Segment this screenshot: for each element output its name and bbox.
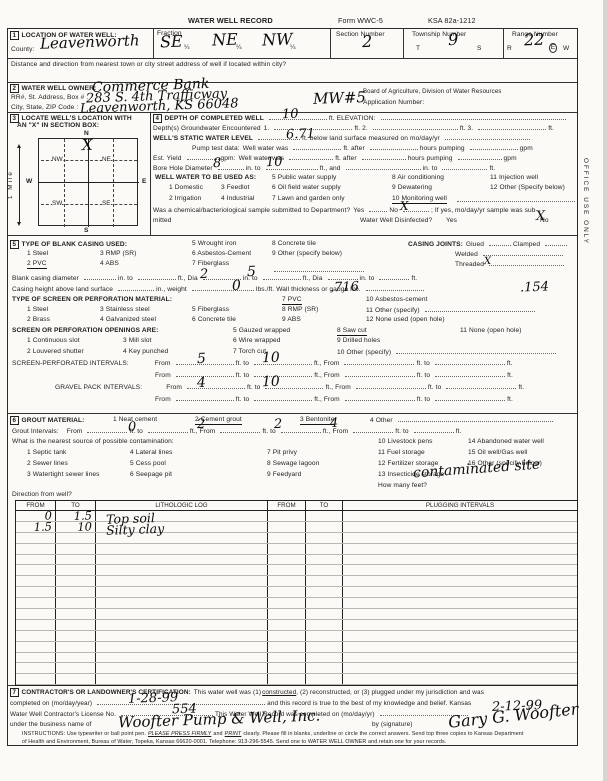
- casing-option-7: 7 Fiberglass: [192, 260, 229, 268]
- ft-to: ft. to: [236, 360, 249, 367]
- table-cell: [306, 533, 343, 543]
- casing-option-6: 6 Asbestos-Cement: [192, 250, 251, 258]
- ft-to: ft. to: [395, 428, 408, 435]
- casing-option-1: 1 Steel: [27, 250, 48, 258]
- map-south-label: S: [84, 227, 89, 235]
- table-row: [16, 533, 577, 544]
- dotted-blank: [118, 285, 154, 291]
- instructions-line-1: INSTRUCTIONS: Use typewriter or ball poi…: [22, 731, 527, 737]
- ft: ft.: [411, 275, 417, 282]
- static-level-line: WELL'S STATIC WATER LEVELft. below land …: [153, 134, 532, 143]
- table-cell: [268, 576, 306, 586]
- table-cell: [268, 653, 306, 663]
- fraction-3-value: NW: [262, 29, 293, 49]
- casing-height-line: Casing height above land surfacein., wei…: [12, 285, 426, 294]
- table-cell: [56, 565, 96, 575]
- ft-from: ft., From: [314, 396, 339, 403]
- map-ne-label: NE: [102, 156, 111, 163]
- threaded-line: Threaded: [455, 260, 566, 269]
- openings-label: SCREEN OR PERFORATION OPENINGS ARE:: [12, 327, 158, 335]
- screen-option-6: 6 Concrete tile: [192, 316, 236, 324]
- table-cell: [96, 533, 268, 543]
- table-cell: [268, 587, 306, 597]
- table-cell: [16, 631, 56, 641]
- table-cell: [343, 609, 577, 619]
- cert-2b: and this record is true to the best of m…: [267, 700, 471, 707]
- use-option-5: 5 Public water supply: [272, 174, 336, 182]
- table-cell: [343, 522, 577, 532]
- table-cell: [96, 663, 268, 673]
- dotted-blank: [353, 427, 393, 433]
- sample-question-line: Was a chemical/bacteriological sample su…: [153, 206, 541, 215]
- screen-option-5: 5 Fiberglass: [192, 306, 229, 314]
- glued-label: Glued: [466, 241, 484, 248]
- use-option-7: 7 Lawn and garden only: [272, 195, 345, 203]
- opening-option-1: 1 Continuous slot: [27, 337, 80, 345]
- grout-intervals-line: Grout Intervals:Fromft. toft., Fromft. t…: [12, 427, 465, 436]
- table-cell: [306, 609, 343, 619]
- map-dashed-line: [64, 139, 65, 227]
- clamped-label: Clamped: [513, 241, 540, 248]
- dotted-blank: [345, 395, 415, 401]
- contam-option-8: 8 Sewage lagoon: [267, 460, 319, 468]
- dotted-blank: [381, 114, 566, 120]
- mile-arrow: [19, 148, 20, 222]
- grout-interval1-from-value: 0: [128, 420, 137, 435]
- bore-hole-label: Bore Hole Diameter: [153, 165, 213, 172]
- table-cell: [306, 511, 343, 521]
- contam-option-2: 2 Sewer lines: [27, 460, 68, 468]
- gravel-pack-from-value: 4: [197, 375, 206, 391]
- dotted-blank: [87, 427, 127, 433]
- table-cell: [56, 620, 96, 630]
- table-row: 1.510Silty clay: [16, 522, 577, 533]
- table-row: [16, 576, 577, 587]
- screen-intervals-label: SCREEN-PERFORATED INTERVALS:: [12, 360, 129, 367]
- table-row: [16, 555, 577, 566]
- well-id-annotation: MW#5: [313, 88, 366, 108]
- ft-to: ft. to: [417, 396, 430, 403]
- table-cell: [96, 576, 268, 586]
- dotted-blank: [293, 144, 341, 150]
- grout-title-row: 6GROUT MATERIAL:: [10, 416, 87, 425]
- est-yield-label: Est. Yield: [153, 155, 182, 162]
- table-header-to2: TO: [306, 501, 343, 510]
- table-cell: [56, 631, 96, 641]
- bore-to-value: 10: [266, 155, 283, 171]
- screen-option-11-line: 11 Other (specify): [366, 306, 537, 315]
- table-cell: [306, 642, 343, 652]
- divider: [330, 28, 331, 58]
- table-header-from2: FROM: [268, 501, 306, 510]
- table-cell: [306, 653, 343, 663]
- table-cell: [268, 565, 306, 575]
- hours-pumping: hours pumping: [420, 145, 465, 152]
- dotted-blank: [489, 240, 511, 246]
- gw-3: ft. 3.: [460, 125, 473, 132]
- grout-interval2-from-value: 2: [274, 417, 283, 432]
- dotted-blank: [458, 154, 502, 160]
- table-cell: [16, 642, 56, 652]
- township-s: S: [477, 45, 482, 53]
- ft-after: ft. after: [335, 155, 356, 162]
- table-cell: [343, 653, 577, 663]
- dotted-blank: [148, 427, 188, 433]
- ft-to: ft. to: [236, 372, 249, 379]
- table-cell: [56, 653, 96, 663]
- gpm: gpm: [504, 155, 517, 162]
- in-to: in. to: [423, 165, 438, 172]
- from: From: [155, 360, 171, 367]
- ft-to: ft. to: [416, 360, 429, 367]
- table-cell: [343, 663, 577, 673]
- dotted-blank: [414, 427, 454, 433]
- table-cell: [268, 663, 306, 673]
- divider: [7, 413, 578, 414]
- disinfected-question: Water Well Disinfected?: [360, 217, 432, 225]
- blank-casing-label: Blank casing diameter: [12, 275, 79, 282]
- dotted-blank: [435, 371, 505, 377]
- table-cell: [306, 674, 343, 684]
- table-cell: [268, 642, 306, 652]
- map-nw-label: NW: [52, 156, 63, 163]
- table-row: [16, 565, 577, 576]
- screen-option-8: 8 RMP (SR): [282, 306, 318, 314]
- contam-option-9: 9 Feedyard: [267, 471, 301, 479]
- constructed-underlined: constructed: [262, 689, 296, 696]
- opening-option-8-selected: 8 Saw cut: [337, 327, 367, 336]
- table-header-row: FROM TO LITHOLOGIC LOG FROM TO PLUGGING …: [16, 501, 577, 511]
- table-cell: [96, 653, 268, 663]
- gw-4: ft.: [548, 125, 554, 132]
- table-cell: 1.5: [16, 522, 56, 532]
- table-cell: [16, 544, 56, 554]
- from: From: [155, 372, 171, 379]
- instr-1a: INSTRUCTIONS: Use typewriter or ball poi…: [22, 731, 146, 737]
- dotted-blank: [274, 266, 364, 272]
- fraction-1-value: SE: [160, 32, 183, 52]
- table-cell: [268, 609, 306, 619]
- table-cell: [343, 533, 577, 543]
- opening-option-10-line: 10 Other (specify): [337, 348, 558, 357]
- dotted-blank: [254, 395, 312, 401]
- section2-number: 2: [10, 84, 19, 93]
- section1-number: 1: [10, 31, 19, 40]
- blank-casing-to-value: 5: [247, 264, 256, 280]
- table-cell: [16, 663, 56, 673]
- table-cell: [16, 674, 56, 684]
- dotted-blank: [445, 134, 530, 140]
- groundwater-label: Depth(s) Groundwater Encountered: [153, 125, 261, 132]
- table-cell: [306, 544, 343, 554]
- blank-casing-line: Blank casing diameterin. toft., Diain. t…: [12, 274, 420, 283]
- ft-to: ft. to: [417, 372, 430, 379]
- use-option-3: 3 Feedlot: [221, 184, 249, 192]
- use-option-8: 8 Air conditioning: [392, 174, 444, 182]
- ft-to: ft. to: [236, 396, 249, 403]
- casing-title: TYPE OF BLANK CASING USED:: [22, 241, 128, 248]
- use-option-11: 11 Injection well: [490, 174, 538, 182]
- table-row: [16, 674, 577, 685]
- screen-option-4: 4 Galvanized steel: [100, 316, 156, 324]
- table-cell: [96, 587, 268, 597]
- how-many-feet-question: How many feet?: [378, 482, 427, 490]
- range-w: W: [563, 45, 569, 53]
- table-row: [16, 598, 577, 609]
- dotted-blank: [470, 144, 518, 150]
- contam-option-11: 11 Fuel storage: [378, 449, 425, 457]
- range-r: R: [507, 45, 512, 53]
- table-cell: [16, 598, 56, 608]
- dotted-blank: [218, 164, 244, 170]
- table-cell: [16, 620, 56, 630]
- dotted-blank: [457, 196, 575, 202]
- divider: [150, 112, 151, 235]
- table-cell: [306, 663, 343, 673]
- table-cell: [96, 642, 268, 652]
- use-label: WELL WATER TO BE USED AS:: [155, 174, 256, 182]
- casing-height-value: 0: [232, 278, 241, 294]
- table-cell: [343, 620, 577, 630]
- date-completed-value: 1-28-99: [128, 690, 179, 707]
- table-body: 01.5Top soil1.510Silty clay: [16, 511, 577, 685]
- dotted-blank: [398, 416, 553, 422]
- static-level-rest: ft. below land surface measured on mo/da…: [302, 135, 440, 142]
- table-cell: [268, 555, 306, 565]
- casing-option-9: 9 Other (specify below): [272, 250, 342, 258]
- agency-label: Board of Agriculture, Division of Water …: [363, 88, 501, 95]
- by-signature-label: by (signature): [372, 721, 412, 728]
- use-option-2: 2 Irrigation: [169, 195, 201, 203]
- opening-option-6: 6 Wire wrapped: [233, 337, 281, 345]
- ft: ft.: [507, 396, 513, 403]
- screen-option-3: 3 Stainless steel: [100, 306, 150, 314]
- casing-option-5: 5 Wrought iron: [192, 240, 237, 248]
- screen-option-11: 11 Other (specify): [366, 307, 420, 314]
- gravel-pack-line-2: Fromft. toft., Fromft. toft.: [155, 395, 516, 404]
- table-cell: [16, 533, 56, 543]
- dotted-blank: [483, 250, 563, 256]
- well-water-was: Well water was: [243, 145, 289, 152]
- dotted-blank: [263, 274, 301, 280]
- form-statute: KSA 82a-1212: [428, 17, 476, 25]
- depth-label: DEPTH OF COMPLETED WELL: [165, 115, 264, 122]
- opening-option-4: 4 Key punched: [123, 348, 168, 356]
- opening-option-9: 9 Drilled holes: [337, 337, 380, 345]
- contam-option-14: 14 Abandoned water well: [468, 438, 544, 446]
- section7-number: 7: [10, 688, 19, 697]
- section-number-label: Section Number: [336, 31, 385, 39]
- table-cell: [343, 511, 577, 521]
- dotted-blank: [373, 124, 458, 130]
- direction-question: Direction from well?: [12, 491, 72, 499]
- dotted-blank: [345, 371, 415, 377]
- table-cell: [268, 631, 306, 641]
- table-cell: [56, 587, 96, 597]
- table-cell: [96, 544, 268, 554]
- blank-casing-dia-value: 2: [200, 267, 209, 282]
- map-sw-label: SW: [52, 200, 62, 207]
- from: From: [155, 396, 171, 403]
- ft: ft.: [456, 428, 462, 435]
- dotted-blank: [478, 124, 546, 130]
- table-cell: [343, 565, 577, 575]
- range-value: 22: [524, 30, 545, 50]
- scan-edge: [603, 0, 607, 781]
- static-level-label: WELL'S STATIC WATER LEVEL: [153, 135, 253, 142]
- ft-from: ft., From: [325, 384, 350, 391]
- in-to: in. to: [118, 275, 133, 282]
- contam-option-3: 3 Watertight sewer lines: [27, 471, 100, 479]
- threaded-label: Threaded: [455, 261, 484, 268]
- mitted-label: mitted: [153, 217, 172, 225]
- contam-option-6: 6 Seepage pit: [130, 471, 172, 479]
- table-cell: [56, 609, 96, 619]
- ft-dia: ft., Dia: [303, 275, 323, 282]
- casing-height-label: Casing height above land surface: [12, 286, 113, 293]
- dotted-blank: [138, 274, 176, 280]
- disinfected-yes: Yes: [446, 217, 457, 225]
- ft: ft.: [489, 165, 495, 172]
- cert-1a: This water well was (1): [194, 689, 261, 696]
- address-label: RR#, St. Address, Box # :: [11, 94, 88, 102]
- section3-title: LOCATE WELL'S LOCATION WITH: [22, 115, 132, 122]
- in-weight-label: in., weight: [156, 286, 187, 293]
- use-option-9: 9 Dewatering: [392, 184, 432, 192]
- table-cell: [343, 642, 577, 652]
- screen-interval-to-value: 10: [262, 350, 280, 367]
- instr-print: PRINT: [225, 731, 242, 737]
- water-well-record-form: WATER WELL RECORD Form WWC-5 KSA 82a-121…: [0, 0, 607, 781]
- screen-intervals-line-2: Fromft. toft., Fromft. toft.: [155, 371, 516, 380]
- table-cell: [306, 522, 343, 532]
- dotted-blank: [289, 154, 333, 160]
- instr-press-firmly: PLEASE PRESS FIRMLY: [148, 731, 211, 737]
- divider: [503, 28, 504, 58]
- table-cell: [56, 544, 96, 554]
- in-to: in. to: [246, 165, 261, 172]
- gpm-colon: gpm:: [221, 155, 236, 162]
- county-value: Leavenworth: [40, 31, 140, 52]
- mile-arrow-head: [17, 144, 21, 148]
- table-cell: [306, 631, 343, 641]
- ft: ft.: [507, 372, 513, 379]
- instructions-line-2: of Health and Environment, Bureau of Wat…: [22, 739, 446, 745]
- table-cell: [56, 555, 96, 565]
- no-label: No: [389, 207, 398, 214]
- use-option-6: 6 Oil field water supply: [272, 184, 341, 192]
- table-row: [16, 587, 577, 598]
- table-cell: [343, 544, 577, 554]
- screen-option-1: 1 Steel: [27, 306, 48, 314]
- table-cell: [343, 631, 577, 641]
- contam-option-1: 1 Septic tank: [27, 449, 66, 457]
- dotted-blank: [220, 427, 260, 433]
- gw-2: ft. 2.: [354, 125, 367, 132]
- contam-option-5: 5 Cess pool: [130, 460, 166, 468]
- table-cell: [343, 598, 577, 608]
- gravel-pack-to-value: 10: [262, 374, 280, 391]
- dotted-blank: [366, 285, 424, 291]
- form-title: WATER WELL RECORD: [188, 17, 273, 26]
- cert-1b: , (2) reconstructed, or (3) plugged unde…: [296, 689, 484, 696]
- gravel-pack-line-1: GRAVEL PACK INTERVALS:Fromft. toft., Fro…: [55, 383, 527, 392]
- instr-1e: clearly. Please fill in blanks, underlin…: [243, 731, 523, 737]
- dotted-blank: [442, 164, 487, 170]
- quarter-symbol: ¼: [184, 44, 190, 52]
- screen-option-10: 10 Asbestos-cement: [366, 296, 428, 304]
- groundwater-line: Depth(s) Groundwater Encountered1.ft. 2.…: [153, 124, 557, 133]
- dotted-blank: [346, 164, 421, 170]
- contam-option-15: 15 Oil well/Gas well: [468, 449, 528, 457]
- screen-material-label: TYPE OF SCREEN OR PERFORATION MATERIAL:: [12, 296, 172, 304]
- contam-option-4: 4 Lateral lines: [130, 449, 173, 457]
- opening-option-11: 11 None (open hole): [460, 327, 522, 335]
- table-cell: [268, 511, 306, 521]
- contam-option-7: 7 Pit privy: [267, 449, 297, 457]
- sample-rest: ; If yes, mo/day/yr sample was sub-: [431, 207, 538, 214]
- dotted-blank: [489, 260, 564, 266]
- fraction-2-value: NE: [212, 30, 238, 50]
- depth-line: 4DEPTH OF COMPLETED WELLft. ELEVATION:: [153, 114, 568, 123]
- static-level-value: 6.71: [286, 126, 315, 142]
- table-row: [16, 631, 577, 642]
- ft-dia: ft., Dia: [178, 275, 198, 282]
- table-cell: [96, 620, 268, 630]
- use-option-1: 1 Domestic: [169, 184, 203, 192]
- city-label: City, State, ZIP Code :: [11, 104, 78, 112]
- dotted-blank: [192, 285, 254, 291]
- table-cell: Silty clay: [96, 522, 268, 532]
- contam-option-10: 10 Livestock pens: [378, 438, 432, 446]
- table-row: [16, 609, 577, 620]
- table-row: [16, 544, 577, 555]
- table-cell: [16, 576, 56, 586]
- section5-number: 5: [10, 240, 19, 249]
- dotted-blank: [84, 274, 116, 280]
- table-cell: [16, 609, 56, 619]
- divider: [153, 28, 154, 58]
- ft: ft.: [507, 360, 513, 367]
- table-cell: [268, 522, 306, 532]
- completed-on-label: completed on (mo/day/year): [10, 700, 92, 707]
- pump-test-label: Pump test data:: [192, 145, 240, 152]
- bore-hole-line: Bore Hole Diameterin. toft., andin. toft…: [153, 164, 498, 173]
- range-east-circled: E: [549, 43, 557, 53]
- table-cell: [16, 565, 56, 575]
- table-cell: [306, 620, 343, 630]
- distance-question: Distance and direction from nearest town…: [11, 61, 286, 69]
- table-cell: [343, 576, 577, 586]
- screen-option-12: 12 None used (open hole): [366, 316, 445, 324]
- casing-option-3: 3 RMP (SR): [100, 250, 136, 258]
- contamination-question: What is the nearest source of possible c…: [12, 438, 174, 446]
- ft-to: ft. to: [428, 384, 441, 391]
- dotted-blank: [362, 154, 406, 160]
- in-to: in. to: [360, 275, 375, 282]
- gpm: gpm: [520, 145, 533, 152]
- table-cell: [96, 609, 268, 619]
- screen-option-9: 9 ABS: [282, 316, 301, 324]
- grout-option-4-line: 4 Other: [370, 416, 555, 425]
- table-cell: [56, 663, 96, 673]
- casing-option-2-selected: 2 PVC: [27, 260, 47, 269]
- est-yield-line: Est. Yieldgpm:Well water wasft. afterhou…: [153, 154, 520, 163]
- instr-and: and: [213, 731, 222, 737]
- grout-interval1-to-value: 2: [197, 417, 206, 432]
- grout-label: GROUT MATERIAL:: [22, 417, 85, 424]
- license-label: Water Well Contractor's License No.: [10, 711, 116, 718]
